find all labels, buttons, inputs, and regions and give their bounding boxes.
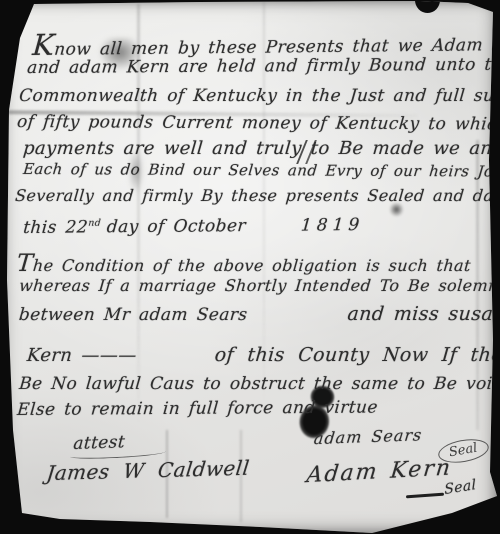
bond-line-2: and adam Kern are held and firmly Bound … [26,55,500,78]
bond-line-3: Commonwealth of Kentucky in the Just and… [18,86,500,106]
seal-mark-2: Seal [444,477,477,498]
kern-county-line: Kern ———of this County Now If there [26,344,500,366]
witness-signature: James W Caldwell [45,456,251,485]
county-text: of this County Now If there [214,344,500,366]
date-prefix: this 22 [22,217,88,238]
date-middle: day of October [106,216,247,237]
between-line: between Mr adam Searsand miss susannah [18,303,500,325]
bondsman-signature: Adam Kern [305,455,453,488]
closing-line-2: Else to remain in full force and virtue [16,397,378,420]
document-scan: Know all men by these Presents that we A… [0,0,500,534]
bride-name-text: and miss susannah [347,303,500,325]
groom-name-text: between Mr adam Sears [18,305,248,325]
condition-line-1: The Condition of the above obligation is… [16,249,473,277]
bride-surname-text: Kern ——— [26,345,138,366]
date-year: 1819 [300,215,365,236]
condition-line-2: whereas If a marriage Shortly Intended T… [18,276,500,295]
closing-line-1: Be No lawful Caus to obstruct the same t… [18,374,500,394]
bond-line-7: Severally and firmly By these presents S… [14,186,500,205]
ink-blot-top-edge [415,0,440,13]
paper: Know all men by these Presents that we A… [0,0,500,534]
bond-line-6: Each of us do Bind our Selves and Evry o… [22,160,500,181]
bond-line-5: payments are well and truly to Be made w… [22,138,500,159]
signature-underline-dash [406,493,444,499]
bond-date-line: this 22ndday of October1819 [22,215,365,238]
groom-signature: adam Sears [313,425,423,448]
date-ordinal: nd [88,218,102,229]
bond-line-4: of fifty pounds Current money of Kentuck… [16,112,500,135]
